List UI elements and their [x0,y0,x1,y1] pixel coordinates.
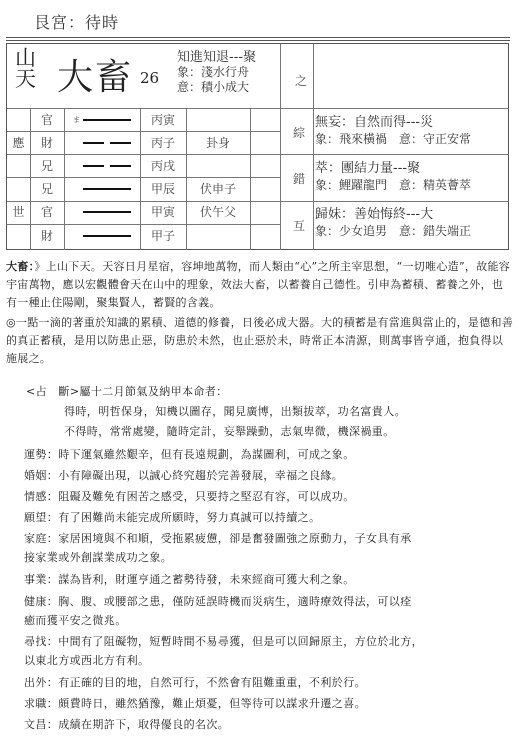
divination-family-cont: 接家業或外創謀業成功之象。 [24,550,172,566]
moving-line-mark: ま [73,109,80,131]
najia: 丙寅 [140,109,186,131]
line-note: 伏申子 [186,178,250,200]
najia: 丙子 [140,132,186,154]
divination-good-time: 得時，明哲保身，知機以圖存，聞見廣博，出類拔萃，功名富貴人。 [64,404,406,420]
divination-health-cont: 癒而獲平安之微兆。 [24,613,127,629]
yao-row-2: 世 官 甲寅 伏午父 [7,201,280,223]
six-relative: 財 [30,132,64,154]
relation-title: 無妄：自然而得---災 [315,114,509,131]
relation-label-hu: 互 [285,217,313,234]
divination-family: 家庭：家居困境與不和順，受拖累疲憊，卻是奮發圖強之原動力，子女具有承 [24,531,412,547]
najia: 甲子 [140,225,186,247]
upper-trigram: 山 [15,48,36,69]
yao-row-6: 官 ま 丙寅 [7,109,280,131]
hexagram-image: 象：淺水行舟 [177,65,256,80]
divination-emotion: 情感：阻礙及難免有困苦之感受，只要持之堅忍有容，可以成功。 [24,489,355,505]
shi-ying-mark: 應 [7,132,30,154]
six-relative: 官 [30,109,64,131]
yang-line-icon [83,119,131,121]
yao-row-1: 財 甲子 [7,225,280,247]
lower-trigram: 天 [15,69,36,90]
relation-detail: 象：少女追男 意：錯失端正 [315,223,509,240]
yao-row-5: 應 財 丙子 卦身 [7,132,280,154]
divider [313,44,314,250]
yang-line-icon [83,211,131,213]
yao-row-4: 兄 丙戌 [7,155,280,177]
najia: 甲辰 [140,178,186,200]
najia: 丙戌 [140,155,186,177]
divination-health: 健康：胸、腹、或腰部之患，僅防延誤時機而災病生，適時療效得法，可以痊 [24,594,412,610]
yin-line-icon [83,165,104,167]
six-relative: 兄 [30,178,64,200]
yin-line-icon [110,165,131,167]
relation-detail: 象：飛來橫禍 意：守正安常 [315,131,509,148]
divination-career: 事業：謀為皆利，財運亨通之蓄勢待發，未來經商可獲大利之象。 [24,572,355,588]
divination-travel: 出外：有正確的目的地，自然可行，不然會有阻難重重，不利於行。 [24,675,366,691]
relation-label-cuo: 錯 [285,170,313,187]
trigram-pair: 山 天 [15,48,36,90]
palace-title: 艮宮：待時 [34,10,119,33]
relation-title: 萃：團結力量---聚 [315,160,509,177]
yin-line-icon [110,142,131,144]
intro-body: 》上山下天。天容日月星宿，容坤地萬物，而人類由“心”之所主宰思想，“一切唯心造”… [6,260,510,309]
yin-line-icon [83,142,104,144]
divination-job: 求職：頗費時日，雖然猶豫，難止煩憂，但等待可以謀求升遷之喜。 [24,696,366,712]
relation-title: 歸妹：善始悔終---大 [315,206,509,223]
relation-label-zong: 綜 [285,124,313,141]
hexagram-motto: 知進知退---聚 [177,50,256,65]
hexagram-meaning: 意：積小成大 [177,80,256,95]
divination-wish: 願望：有了困難尚未能完成所願時，努力真誠可以持續之。 [24,510,320,526]
divination-marriage: 婚姻：小有障礙出現，以誠心終究趨於完善發展，幸福之良緣。 [24,468,343,484]
six-relative: 財 [30,225,64,247]
hexagram-description: 知進知退---聚 象：淺水行舟 意：積小成大 [177,50,256,95]
yao-row-3: 兄 甲辰 伏申子 [7,178,280,200]
hexagram-header: 山 天 大畜 26 知進知退---聚 象：淺水行舟 意：積小成大 [7,44,280,108]
divider [280,44,281,250]
divination-heading: <占 斷>屬十二月節氣及納甲本命者： [26,384,228,400]
zhi-label: 之 [295,72,307,89]
relation-detail: 象：鯉躍龍門 意：精英薈萃 [315,177,509,194]
double-rule-top [6,37,510,38]
six-relative: 官 [30,201,64,223]
shi-ying-mark: 世 [7,201,30,223]
relation-zong: 無妄：自然而得---災 象：飛來橫禍 意：守正安常 [315,114,509,148]
hexagram-number: 26 [140,69,159,87]
line-note: 伏午父 [186,201,250,223]
divination-study: 文昌：成績在期許下，取得優良的名次。 [24,717,229,733]
divination-search: 尋找：中間有了阻礙物，短暫時間不易尋獲，但是可以回歸原主，方位於北方， [24,634,423,650]
zhi-value [313,44,509,108]
intro-head: 大畜： [6,260,34,273]
yang-line-icon [83,188,131,190]
line-note: 卦身 [186,132,250,154]
double-rule-bottom [6,40,510,41]
six-relative: 兄 [30,155,64,177]
relation-hu: 歸妹：善始悔終---大 象：少女追男 意：錯失端正 [315,206,509,240]
hexagram-table: 山 天 大畜 26 知進知退---聚 象：淺水行舟 意：積小成大 之 官 ま 丙… [6,43,509,250]
divination-search-cont: 以東北方或西北方有利。 [24,653,149,669]
divination-bad-time: 不得時，常常處變，隨時定計，妄舉躁動，志氣卑微，機深禍重。 [64,424,395,440]
relation-cuo: 萃：團結力量---聚 象：鯉躍龍門 意：精英薈萃 [315,160,509,194]
yang-line-icon [83,235,131,237]
divination-fortune: 運勢：時下運氣雖然艱辛，但有長遠規劃，為謀圖利，可成之象。 [24,447,355,463]
hexagram-name: 大畜 [57,49,133,100]
najia: 甲寅 [140,201,186,223]
intro-paragraph: 大畜：》上山下天。天容日月星宿，容坤地萬物，而人類由“心”之所主宰思想，“一切唯… [6,258,514,312]
commentary-paragraph: ◎一點一滴的著重於知識的累積、道德的修養，日後必成大器。大的積蓄是有當進與當止的… [6,314,514,368]
